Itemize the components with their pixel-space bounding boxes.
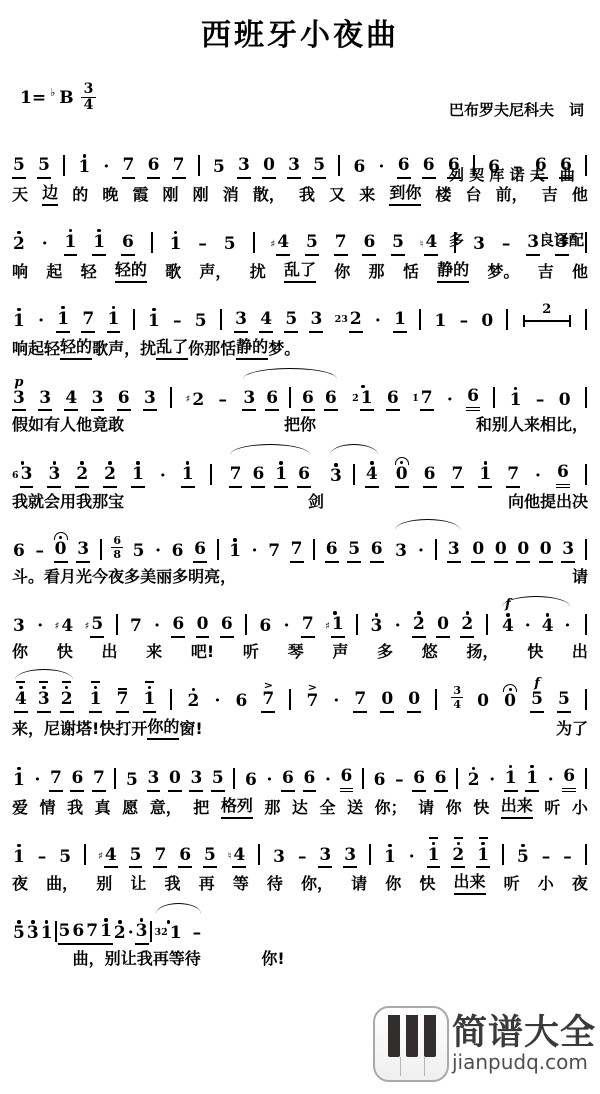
note-number: 1 xyxy=(476,847,490,869)
dash-extension: – xyxy=(394,751,405,792)
note: ♯4 xyxy=(98,826,118,869)
note: 5 xyxy=(12,904,26,945)
lyric-syllable: 相 xyxy=(540,412,556,436)
bar-line xyxy=(217,539,219,560)
note-number: 6 xyxy=(71,923,85,945)
notes-row: 1·767530356·66·66–662·11·6 xyxy=(12,747,588,792)
bar-line xyxy=(369,844,371,865)
note-number: 0 xyxy=(168,770,182,792)
note: 6 xyxy=(147,136,161,179)
note-marks xyxy=(395,445,409,466)
note: 6 xyxy=(423,445,437,488)
note-glyph: 3 xyxy=(343,847,357,869)
lyric-syllable: 你的 xyxy=(147,714,179,740)
music-system: 1·1711–53453232·11–02响起轻轻的歌声，扰乱了你那恬静的梦。 xyxy=(12,290,588,360)
lyric-syllable: 响 xyxy=(12,259,28,283)
note-number: 7 xyxy=(116,691,130,713)
note-number: 3 xyxy=(242,390,256,412)
black-key xyxy=(406,1015,418,1057)
lyric-syllable: 他 xyxy=(76,412,92,436)
note-number: 6 xyxy=(121,234,135,256)
lyric-syllable: 尼 xyxy=(44,716,60,740)
note-number: 1 xyxy=(525,770,539,792)
note-marks xyxy=(186,445,190,466)
note-marks xyxy=(466,595,470,616)
note: 6 xyxy=(70,749,84,792)
multi-measure-rest: 2 xyxy=(523,315,571,327)
note-number: 4 xyxy=(541,618,555,638)
note-marks xyxy=(167,904,171,925)
note: 6 xyxy=(562,747,576,792)
note-glyph: 3 xyxy=(447,541,461,563)
bar-line xyxy=(253,232,255,253)
lyric-syllable: 轻 xyxy=(81,259,97,283)
note-number: 4 xyxy=(14,691,28,713)
note-glyph: 7 xyxy=(229,466,243,488)
lyric-syllable: 恬 xyxy=(403,259,419,283)
note-glyph: 3̇2̇1 xyxy=(155,925,183,945)
note-number: · xyxy=(33,772,41,792)
note-marks xyxy=(479,826,488,847)
lyric-syllable: 夜 xyxy=(108,564,124,588)
note: 3 xyxy=(309,290,323,333)
note-glyph: 6 xyxy=(121,234,135,256)
note-glyph: 2 xyxy=(460,616,474,638)
note: 0 xyxy=(558,371,572,412)
time-bottom: 4 xyxy=(84,98,94,113)
note-glyph: 3 xyxy=(189,770,203,792)
accidental: ♯ xyxy=(54,622,59,632)
note-glyph: 7 xyxy=(92,770,106,792)
note-marks xyxy=(17,904,21,925)
note-number: · xyxy=(488,772,496,792)
note-glyph: 3 xyxy=(147,770,161,792)
note: 6 xyxy=(171,595,185,638)
note-glyph: 1 xyxy=(12,849,26,869)
lyric-syllable: 轻的 xyxy=(60,334,92,360)
time-signature: 34 xyxy=(451,685,463,710)
note-glyph: 6 xyxy=(362,234,376,256)
lyric-syllable: 夜 xyxy=(572,871,588,895)
note: 6 xyxy=(234,672,248,713)
note-number: 3 xyxy=(135,923,149,945)
note: 6 xyxy=(466,367,480,412)
lyric-syllable: 提 xyxy=(540,489,556,513)
slur-group: 3·3 xyxy=(392,520,463,563)
note-glyph: 3 xyxy=(394,543,408,563)
credits: 巴布罗夫尼科夫 词 列 契 库 诺 夫 曲 多 良译配 xyxy=(449,56,584,295)
note-number: · xyxy=(251,543,259,563)
lyrics-row: 斗。看月光今夜多美丽多明亮，请 xyxy=(12,564,588,588)
note: 3 xyxy=(147,749,161,792)
note-number: 5 xyxy=(58,849,72,869)
note-number: 1 xyxy=(12,313,26,333)
lyric-syllable: 月 xyxy=(60,564,76,588)
note-number: 0 xyxy=(395,466,409,488)
note-glyph: 1 xyxy=(56,311,70,333)
note-number: 5 xyxy=(194,313,208,333)
music-system: 3·♯4♯57·6066·7♯13·202f4·4·你快出来吧!听琴声多悠扬，快… xyxy=(12,595,588,663)
note-number: 5 xyxy=(12,157,26,179)
note-glyph: 6 xyxy=(397,157,411,179)
bar-line xyxy=(116,614,118,635)
note: 4 xyxy=(64,369,78,412)
note-glyph: 6 xyxy=(303,770,317,792)
note-marks xyxy=(69,213,73,234)
bar-line xyxy=(258,844,260,865)
lyric-syllable: 待 xyxy=(267,871,283,895)
bar-line xyxy=(585,464,587,485)
lyric-syllable: 意， xyxy=(150,795,182,819)
note: ♮4 xyxy=(420,213,438,256)
note-marks xyxy=(62,670,71,691)
note-glyph: 5 xyxy=(194,313,208,333)
note-number: 7 xyxy=(85,923,99,945)
bar-line xyxy=(506,309,508,330)
note-number: 7 xyxy=(49,770,63,792)
note: 6 xyxy=(373,751,387,792)
augmentation-dot: · xyxy=(408,828,416,869)
note-glyph: 4 xyxy=(501,618,515,638)
note-glyph: · xyxy=(251,543,259,563)
note-glyph: 3 xyxy=(47,466,61,488)
note-number: 3 xyxy=(561,541,575,563)
note: 6 xyxy=(324,369,338,412)
lyric-syllable: 塔! xyxy=(76,716,99,740)
note-marks: > xyxy=(308,672,317,693)
note: 1 xyxy=(89,670,103,713)
note-glyph: 1 xyxy=(107,311,121,333)
note-glyph: ♯4 xyxy=(98,847,118,869)
accidental: ♯ xyxy=(270,240,275,250)
lyric-syllable: 打 xyxy=(115,716,131,740)
note-marks xyxy=(83,138,87,159)
note-number: 7 xyxy=(334,234,348,256)
dash-extension: – xyxy=(197,215,208,256)
augmentation-dot: · xyxy=(488,751,496,792)
note: 3 xyxy=(329,447,343,488)
note: 1 xyxy=(427,826,441,869)
black-key xyxy=(424,1015,436,1057)
note-number: 1 xyxy=(169,236,183,256)
note-glyph: 6 xyxy=(258,618,272,638)
note-number: 3 xyxy=(237,157,251,179)
note: 1 xyxy=(433,292,447,333)
note: 5 xyxy=(212,138,226,179)
note-number: 0 xyxy=(262,157,276,179)
note-glyph: – xyxy=(562,849,573,869)
note-glyph: 0 xyxy=(168,770,182,792)
lyric-syllable: 如 xyxy=(28,412,44,436)
note: 6 xyxy=(193,520,207,563)
note-marks xyxy=(334,447,338,468)
note-glyph: 7 xyxy=(49,770,63,792)
note-glyph: · xyxy=(33,772,41,792)
augmentation-dot: · xyxy=(417,522,425,563)
note: 3 xyxy=(189,749,203,792)
note: 7 xyxy=(49,749,63,792)
key-prefix: 1= xyxy=(20,88,46,108)
accidental: ♯ xyxy=(98,852,103,862)
note-glyph: 3 xyxy=(143,390,157,412)
note-glyph: 232 xyxy=(335,311,363,333)
note: 4 xyxy=(14,670,28,713)
note: 6 xyxy=(244,751,258,792)
note: 0 xyxy=(407,670,421,713)
note-glyph: 2 xyxy=(467,772,481,792)
grace-notes: 23 xyxy=(335,315,348,325)
note: 6 xyxy=(370,520,384,563)
note: 0 xyxy=(516,520,530,563)
note-marks xyxy=(454,826,463,847)
note-number: 3 xyxy=(189,770,203,792)
dash-extension: – xyxy=(297,828,308,869)
lyric-syllable: 来 xyxy=(524,412,540,436)
note-number: – xyxy=(197,236,208,256)
note: 5 xyxy=(305,213,319,256)
lyric-syllable: 响 xyxy=(12,336,28,360)
lyric-syllable: 丽 xyxy=(156,564,172,588)
note: 6 xyxy=(412,749,426,792)
note: 6 xyxy=(325,520,339,563)
note-number: · xyxy=(37,313,45,333)
note: 7 xyxy=(506,445,520,488)
note: 1 xyxy=(181,445,195,488)
note-glyph: 7 xyxy=(153,847,167,869)
bar-line xyxy=(585,614,587,635)
note-glyph: 1 xyxy=(478,466,492,488)
note-glyph: 4 xyxy=(541,618,555,638)
note-marks: > xyxy=(264,670,273,691)
note: 5 xyxy=(58,828,72,869)
lyric-syllable: 快 xyxy=(99,716,115,740)
note-number: · xyxy=(394,618,402,638)
bar-line xyxy=(585,309,587,330)
bar-line xyxy=(170,387,172,408)
lyric-syllable: 假 xyxy=(12,412,28,436)
note-marks xyxy=(233,522,237,543)
notes-row: 1–5♯45765♮43–331·1215–– xyxy=(12,826,588,869)
note: f5 xyxy=(530,670,544,713)
note-number: 3 xyxy=(369,618,383,638)
note-glyph: 3 xyxy=(38,390,52,412)
note: 6 xyxy=(386,369,400,412)
note: 2 xyxy=(187,672,201,713)
note-marks xyxy=(112,290,116,311)
note-glyph: 0 xyxy=(480,313,494,333)
note-number: 5 xyxy=(90,616,104,638)
bar-line xyxy=(585,232,587,253)
note-glyph: 5 xyxy=(125,772,139,792)
note-glyph: 7 xyxy=(305,693,319,713)
note-glyph: 5 xyxy=(58,923,72,945)
note-glyph: – xyxy=(541,849,552,869)
note-number: 3 xyxy=(143,390,157,412)
watermark-domain: jianpudq.com xyxy=(452,1052,596,1072)
note: 6 xyxy=(178,826,192,869)
note: 6 xyxy=(556,443,570,488)
note-glyph: 2 xyxy=(103,466,117,488)
note-number: 5 xyxy=(516,849,530,869)
lyric-syllable: 刚 xyxy=(163,182,179,206)
note-number: 0 xyxy=(54,541,68,563)
bar-line xyxy=(338,155,340,176)
lyric-syllable: 曲， xyxy=(73,946,105,970)
note: 0 xyxy=(480,292,494,333)
note-number: 1 xyxy=(77,159,91,179)
lyric-syllable: 今 xyxy=(92,564,108,588)
note-number: – xyxy=(394,772,405,792)
lyric-syllable: 多 xyxy=(172,564,188,588)
note-number: 7 xyxy=(506,466,520,488)
note-number: 7 xyxy=(420,390,434,412)
note-glyph: 0 xyxy=(516,541,530,563)
bar-line xyxy=(585,539,587,560)
note-number: 6 xyxy=(362,234,376,256)
note-number: 1 xyxy=(383,849,397,869)
dash-extension: – xyxy=(459,292,470,333)
note-marks xyxy=(104,902,108,923)
lyric-syllable: 晚 xyxy=(102,182,118,206)
note-glyph: 7 xyxy=(122,157,136,179)
note-number: 6 xyxy=(324,390,338,412)
fermata-icon xyxy=(503,684,517,692)
augmentation-dot: · xyxy=(41,215,49,256)
note-number: 3 xyxy=(447,541,461,563)
time-top: 6 xyxy=(111,535,123,548)
note: 6̇3 xyxy=(12,445,33,488)
lyric-syllable: 别 xyxy=(105,946,121,970)
note: 6 xyxy=(362,213,376,256)
note: 3 xyxy=(47,445,61,488)
note-glyph: 5 xyxy=(305,234,319,256)
note: 2 xyxy=(451,826,465,869)
note-glyph: · xyxy=(283,618,291,638)
note: 7 xyxy=(353,670,367,713)
augmentation-dot: · xyxy=(213,672,221,713)
note: 3 xyxy=(318,826,332,869)
note: 6 xyxy=(171,522,185,563)
note-number: 3 xyxy=(343,847,357,869)
note-number: – xyxy=(535,392,546,412)
lyric-syllable: 多 xyxy=(124,564,140,588)
note-number: · xyxy=(102,159,110,179)
note-glyph: · xyxy=(417,543,425,563)
note-number: 5 xyxy=(129,847,143,869)
music-system: 6–03685·661·776563·300003斗。看月光今夜多美丽多明亮，请 xyxy=(12,520,588,588)
note: 6 xyxy=(281,749,295,792)
note: 3 xyxy=(394,522,408,563)
note-glyph: 5 xyxy=(203,847,217,869)
note-number: 0 xyxy=(539,541,553,563)
bar-line xyxy=(585,768,587,789)
note: 1 xyxy=(40,904,54,945)
note-number: · xyxy=(547,772,555,792)
bar-line xyxy=(585,387,587,408)
lyric-syllable: 你； xyxy=(375,795,407,819)
bar-line xyxy=(353,464,355,485)
note-number: · xyxy=(374,313,382,333)
note-marks: f xyxy=(505,597,511,618)
lyric-syllable: 等 xyxy=(169,946,185,970)
note-glyph: 5 xyxy=(223,236,237,256)
note-number: 1 xyxy=(504,770,518,792)
note: 0 xyxy=(54,520,68,563)
note-glyph: 6 xyxy=(171,543,185,563)
lyric-syllable: 快 xyxy=(527,639,543,663)
lyric-syllable: 真 xyxy=(95,795,111,819)
note: >7 xyxy=(261,670,275,713)
note: 6 xyxy=(121,213,135,256)
note-number: 6 xyxy=(386,390,400,412)
note-number: 6 xyxy=(171,616,185,638)
augmentation-dot: · xyxy=(251,522,259,563)
note: 3 xyxy=(561,520,575,563)
note-glyph: 6 xyxy=(434,770,448,792)
note-glyph: · xyxy=(36,618,44,638)
slur-group: f4·4· xyxy=(499,597,574,638)
note: 0 xyxy=(476,672,490,713)
time-signature-main: 3 4 xyxy=(81,82,97,114)
note: 7 xyxy=(172,136,186,179)
note-glyph: 4 xyxy=(365,466,379,488)
lyric-syllable: 看 xyxy=(44,564,60,588)
note-number: 3 xyxy=(91,390,105,412)
lyrics-row: 假如有人他竟敢把你和别人来相比， xyxy=(12,412,588,436)
note-number: 3 xyxy=(38,390,52,412)
lyric-syllable: 就 xyxy=(28,489,44,513)
augmentation-dot: · xyxy=(283,597,291,638)
note: 5 xyxy=(211,749,225,792)
lyric-syllable: 亮， xyxy=(204,564,236,588)
note: ♯4 xyxy=(54,597,74,638)
dash-extension: – xyxy=(192,904,203,945)
note: 5 xyxy=(223,215,237,256)
lyric-syllable: 来 xyxy=(359,182,375,206)
note-number: 2 xyxy=(467,772,481,792)
note-glyph: 0 xyxy=(262,157,276,179)
note-number: 1 xyxy=(99,923,113,945)
note-marks xyxy=(108,445,112,466)
note-glyph: · xyxy=(446,392,454,412)
note-number: 2 xyxy=(103,466,117,488)
note: 2 xyxy=(113,904,127,945)
flat-icon: ♭ xyxy=(50,86,55,99)
note: 5 xyxy=(203,826,217,869)
lyric-syllable: 快 xyxy=(473,795,489,819)
dash-extension: – xyxy=(34,522,45,563)
note-marks xyxy=(509,749,513,770)
lyric-syllable: 天 xyxy=(12,182,28,206)
note-number: 1 xyxy=(12,849,26,869)
lyric-syllable: 宝 xyxy=(108,489,124,513)
note-marks xyxy=(80,445,84,466)
note-number: 6 xyxy=(301,390,315,412)
note-number: 6 xyxy=(412,770,426,792)
note-glyph: 1 xyxy=(77,159,91,179)
note: ♯5 xyxy=(85,595,105,638)
note-number: · xyxy=(154,543,162,563)
lyric-syllable: 会 xyxy=(44,489,60,513)
lyric-syllable: 为 xyxy=(556,716,572,740)
note-glyph: 1 xyxy=(40,925,54,945)
note: 2 xyxy=(12,215,26,256)
note-glyph: 0 xyxy=(471,541,485,563)
note-number: – xyxy=(218,392,229,412)
note-number: 5 xyxy=(530,691,544,713)
note-glyph: · xyxy=(394,618,402,638)
note-number: 6 xyxy=(373,772,387,792)
